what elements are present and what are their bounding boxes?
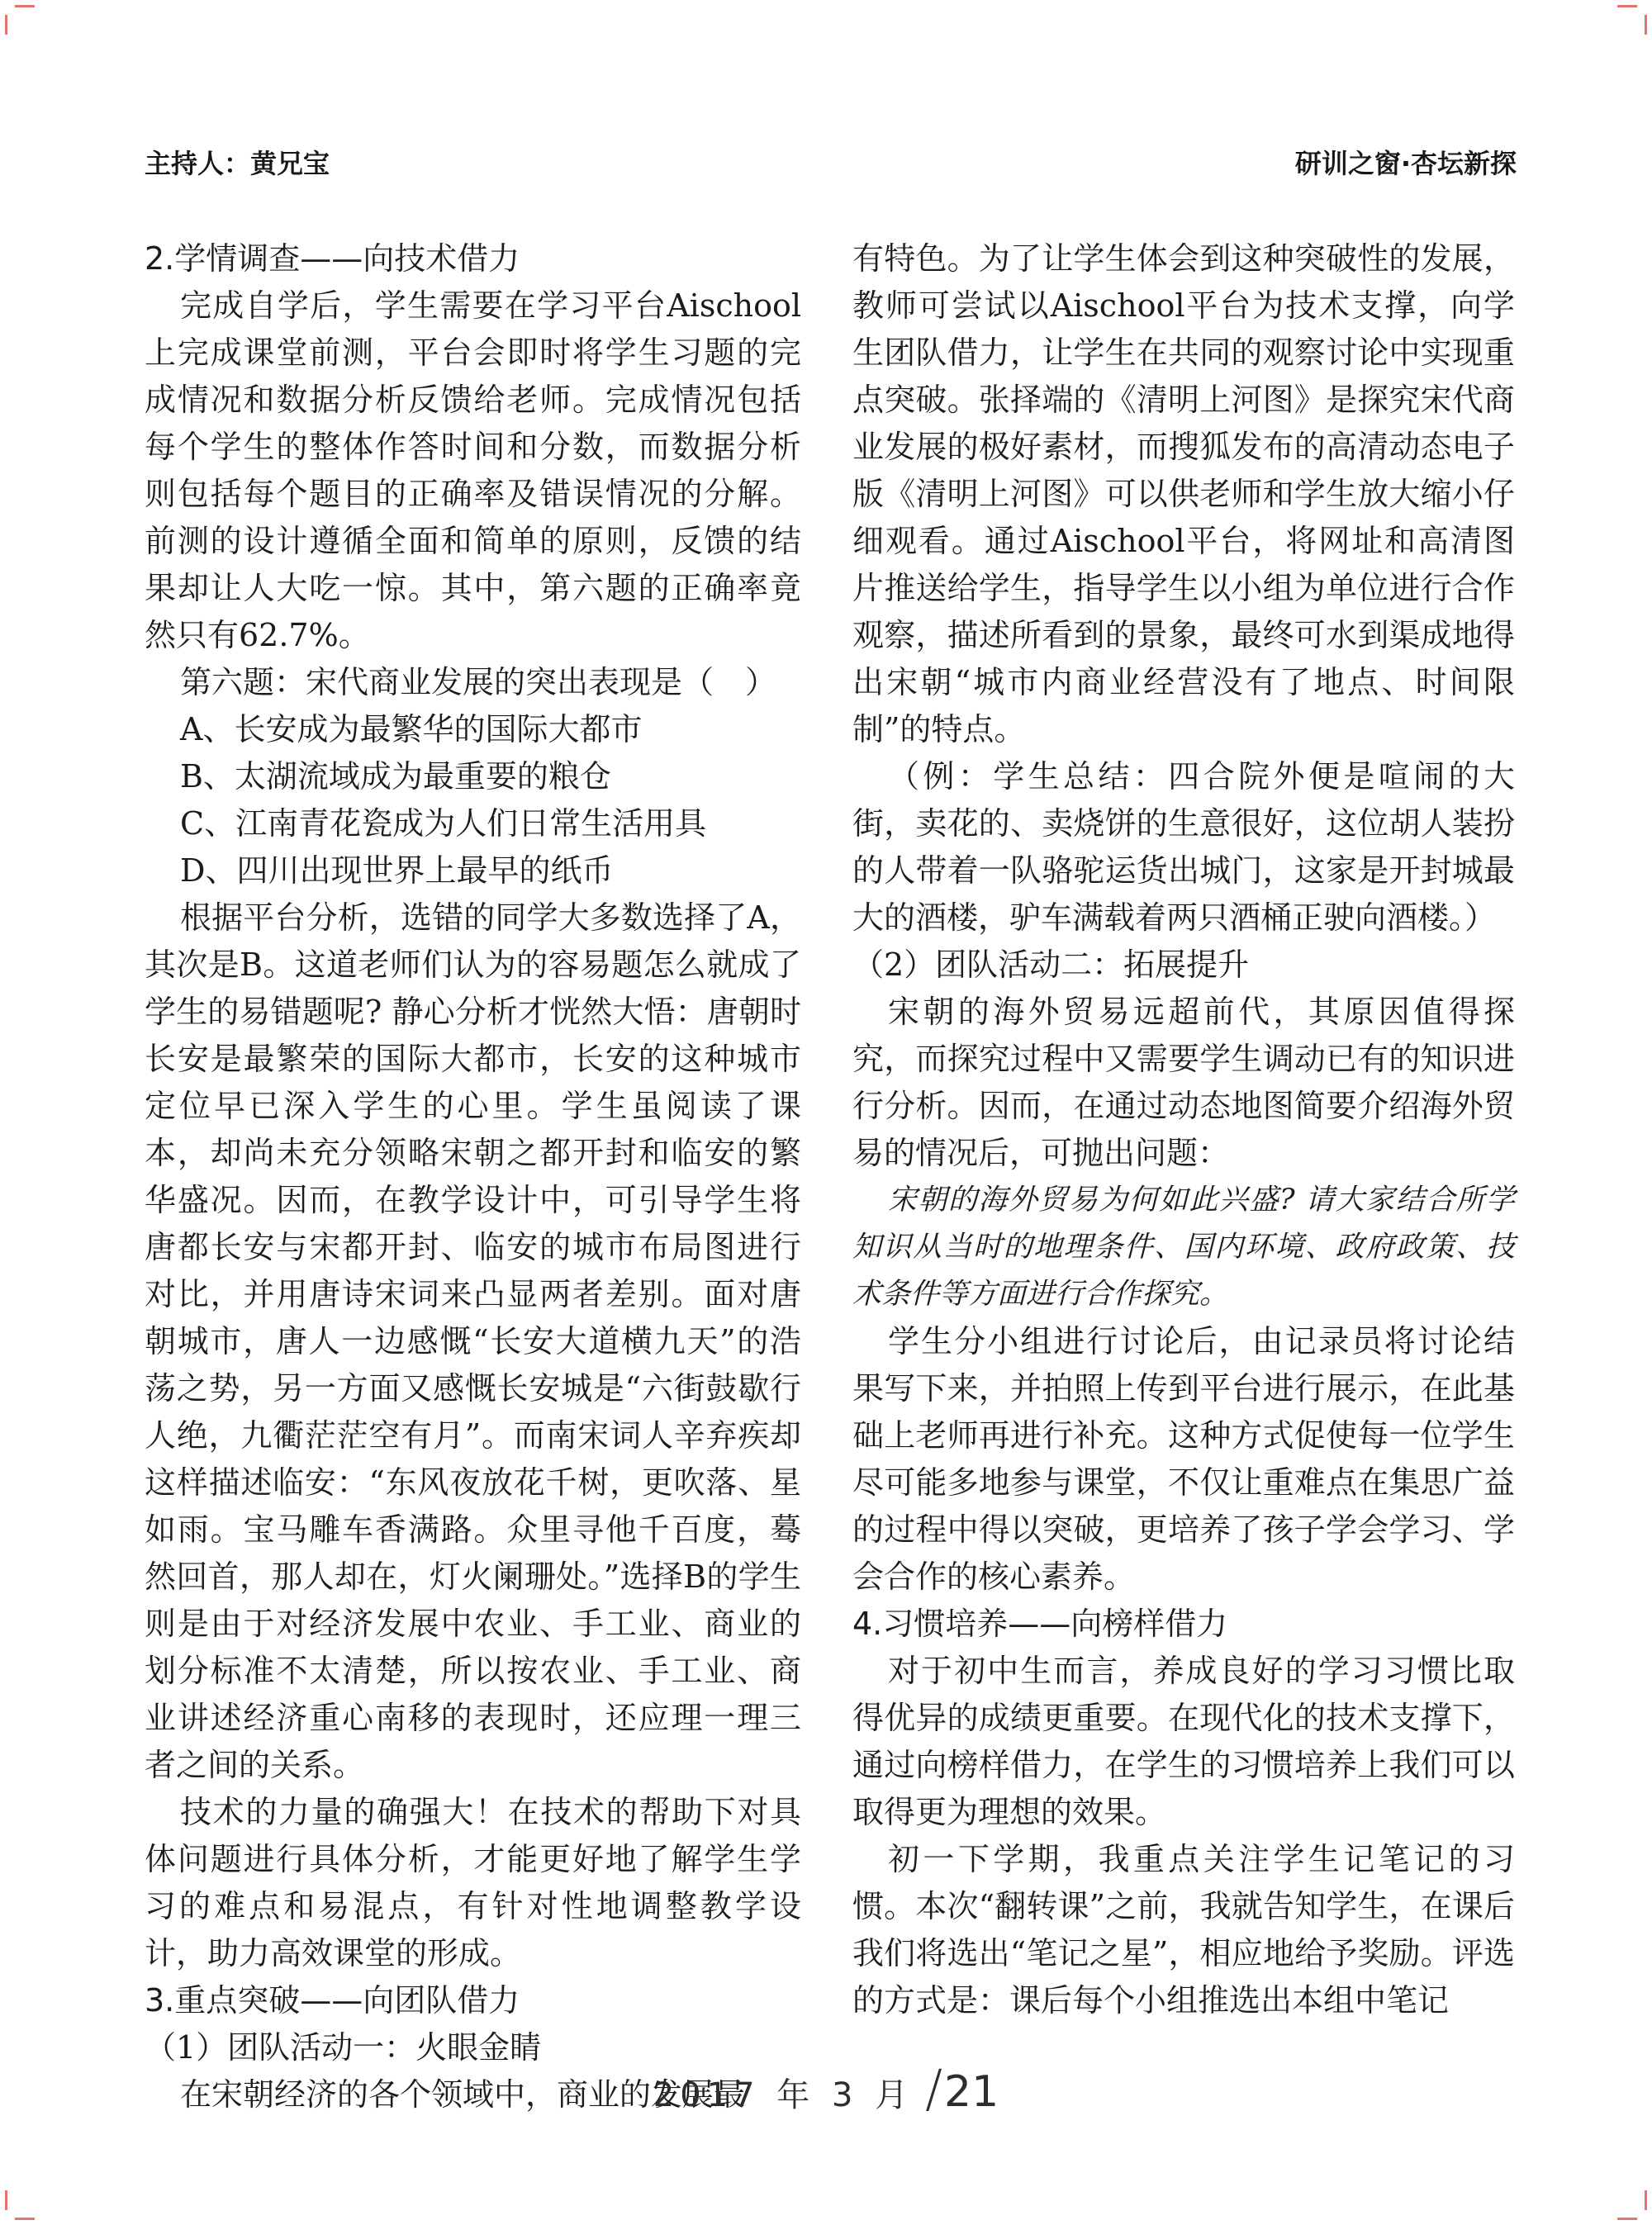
paragraph: 初一下学期，我重点关注学生记笔记的习惯。本次“翻转课”之前，我就告知学生，在课后… [852,1836,1515,2024]
crop-mark-bottom-left-h [15,2218,35,2220]
question-option-a: A、长安成为最繁华的国际大都市 [145,706,801,753]
paragraph: 完成自学后，学生需要在学习平台Aischool上完成课堂前测，平台会即时将学生习… [145,282,801,659]
text-column-right: 有特色。为了让学生体会到这种突破性的发展，教师可尝试以Aischool平台为技术… [852,235,1515,2024]
section-heading-2: 2.学情调查——向技术借力 [145,235,801,282]
paragraph: 宋朝的海外贸易远超前代，其原因值得探究，而探究过程中又需要学生调动已有的知识进行… [852,989,1515,1177]
magazine-page: 主持人：黄兄宝 研训之窗·杏坛新探 2.学情调查——向技术借力 完成自学后，学生… [0,0,1652,2225]
crop-mark-bottom-left-v [5,2190,7,2210]
page-number: 21 [944,2067,999,2117]
text-column-left: 2.学情调查——向技术借力 完成自学后，学生需要在学习平台Aischool上完成… [145,235,801,2118]
discussion-prompt-quote: 宋朝的海外贸易为何如此兴盛? 请大家结合所学知识从当时的地理条件、国内环境、政府… [852,1177,1515,1318]
example-note: （例：学生总结：四合院外便是喧闹的大街，卖花的、卖烧饼的生意很好，这位胡人装扮的… [852,753,1515,942]
subsection-heading-2: （2）团队活动二：拓展提升 [852,942,1515,989]
running-head-host: 主持人：黄兄宝 [145,149,330,178]
question-stem: 第六题：宋代商业发展的突出表现是（ ） [145,659,801,706]
paragraph: 对于初中生而言，养成良好的学习习惯比取得优异的成绩更重要。在现代化的技术支撑下，… [852,1648,1515,1836]
issue-date: 2017 年 3 月 [653,2069,914,2116]
paragraph: 学生分小组进行讨论后，由记录员将讨论结果写下来，并拍照上传到平台进行展示，在此基… [852,1318,1515,1601]
page-footer: 2017 年 3 月 / 21 [0,2058,1652,2118]
crop-mark-top-right-h [1617,5,1637,7]
section-heading-4: 4.习惯培养——向榜样借力 [852,1601,1515,1648]
paragraph-continuation: 有特色。为了让学生体会到这种突破性的发展，教师可尝试以Aischool平台为技术… [852,235,1515,753]
question-option-b: B、太湖流域成为最重要的粮仓 [145,753,801,800]
paragraph: 技术的力量的确强大！在技术的帮助下对具体问题进行具体分析，才能更好地了解学生学习… [145,1789,801,1977]
paragraph: 根据平台分析，选错的同学大多数选择了A，其次是B。这道老师们认为的容易题怎么就成… [145,894,801,1789]
crop-mark-top-left-h [15,5,35,7]
crop-mark-bottom-right-v [1645,2190,1647,2210]
section-heading-3: 3.重点突破——向团队借力 [145,1977,801,2024]
crop-mark-top-right-v [1645,15,1647,35]
running-head-column-title: 研训之窗·杏坛新探 [1295,149,1517,178]
crop-mark-top-left-v [5,15,7,35]
question-option-c: C、江南青花瓷成为人们日常生活用具 [145,800,801,847]
question-option-d: D、四川出现世界上最早的纸币 [145,847,801,894]
crop-mark-bottom-right-h [1617,2218,1637,2220]
folio-slash: / [925,2058,942,2118]
